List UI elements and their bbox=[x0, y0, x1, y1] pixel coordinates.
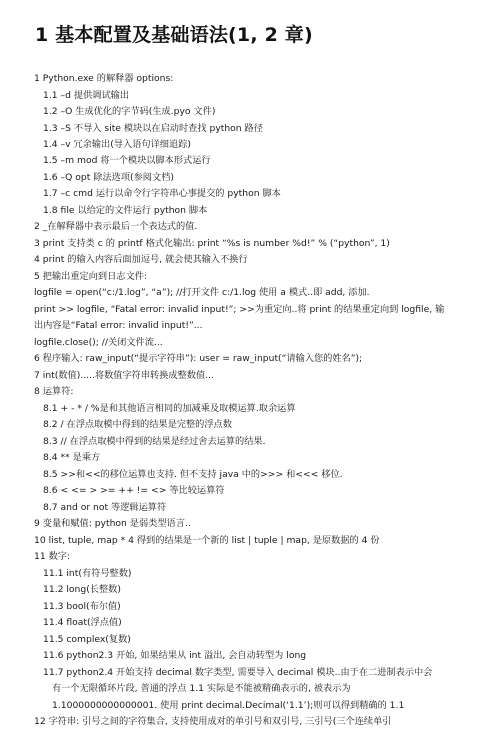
text-line: 3 print 支持类 c 的 printf 格式化输出: print “%s … bbox=[34, 237, 390, 250]
text-line: 11.6 python2.3 开始, 如果结果从 int 溢出, 会自动转型为 … bbox=[43, 649, 306, 662]
text-line: 6 程序输入: raw_input(“提示字符串”): user = raw_i… bbox=[34, 352, 362, 365]
text-line: 1.6 –Q opt 除法选项(参阅文档) bbox=[43, 171, 174, 184]
text-line: 1.2 –O 生成优化的字节码(生成.pyo 文件) bbox=[43, 105, 215, 118]
text-line: 11.2 long(长整数) bbox=[43, 583, 121, 596]
text-line: 8.2 / 在浮点取模中得到的结果是完整的浮点数 bbox=[43, 418, 232, 431]
text-line: 1.3 –S 不导入 site 模块以在启动时查找 python 路径 bbox=[43, 122, 263, 135]
text-line: 9 变量和赋值: python 是弱类型语言.. bbox=[34, 517, 191, 530]
text-line: 1 Python.exe 的解释器 options: bbox=[34, 72, 173, 85]
text-line: 11 数字: bbox=[34, 550, 70, 563]
text-line: 11.5 complex(复数) bbox=[43, 633, 131, 646]
text-line: 8.4 ** 是乘方 bbox=[43, 451, 100, 464]
text-line: 8.6 < <= > >= ++ != <> 等比较运算符 bbox=[43, 484, 224, 497]
text-line: print >> logfile, “Fatal error: invalid … bbox=[34, 303, 444, 316]
text-line: 1.5 –m mod 将一个模块以脚本形式运行 bbox=[43, 154, 211, 167]
text-line: 8.3 // 在浮点取模中得到的结果是经过舍去运算的结果. bbox=[43, 435, 266, 448]
text-line: 1.1 –d 提供调试输出 bbox=[43, 89, 129, 102]
text-line: 4 print 的输入内容后面加逗号, 就会使其输入不换行 bbox=[34, 253, 248, 266]
text-line: 8.5 >>和<<的移位运算也支持. 但不支持 java 中的>>> 和<<< … bbox=[43, 468, 343, 481]
text-line: 5 把输出重定向到日志文件: bbox=[34, 270, 147, 283]
text-line: 11.4 float(浮点值) bbox=[43, 616, 122, 629]
text-line: 11.7 python2.4 开始支持 decimal 数字类型, 需要导入 d… bbox=[43, 666, 432, 679]
text-line: 8.1 + - * / %是和其他语言相同的加减乘及取模运算.取余运算 bbox=[43, 402, 296, 415]
text-line: 8 运算符: bbox=[34, 385, 73, 398]
text-line: 10 list, tuple, map * 4 得到的结果是一个新的 list … bbox=[34, 534, 380, 547]
text-line: logfile = open(“c:/1.log”, “a”); //打开文件 … bbox=[34, 286, 370, 299]
text-line: 1.7 –c cmd 运行以命令行字符串心事提交的 python 脚本 bbox=[43, 187, 281, 200]
text-line: 11.1 int(有符号整数) bbox=[43, 567, 131, 580]
text-line: 有一个无限循环片段, 普通的浮点 1.1 实际是不能被精确表示的, 被表示为 bbox=[52, 682, 351, 695]
text-line: 8.7 and or not 等逻辑运算符 bbox=[43, 501, 166, 514]
text-line: 1.4 –v 冗余输出(导入语句详细追踪) bbox=[43, 138, 191, 151]
text-line: 1.8 file 以给定的文件运行 python 脚本 bbox=[43, 204, 207, 217]
text-line: logfile.close(); //关闭文件流... bbox=[34, 336, 163, 349]
text-line: 1.1000000000000001. 使用 print decimal.Dec… bbox=[52, 699, 404, 712]
page-title: 1 基本配置及基础语法(1, 2 章) bbox=[35, 20, 313, 47]
text-line: 2 _在解释器中表示最后一个表达式的值. bbox=[34, 220, 197, 233]
text-line: 出内容是“Fatal error: invalid input!”... bbox=[34, 319, 203, 332]
text-line: 11.3 bool(布尔值) bbox=[43, 600, 121, 613]
text-line: 7 int(数值).....将数值字符串转换成整数值... bbox=[34, 369, 214, 382]
text-line: 12 字符串: 引号之间的字符集合, 支持使用成对的单引号和双引号, 三引号(三… bbox=[34, 715, 391, 728]
